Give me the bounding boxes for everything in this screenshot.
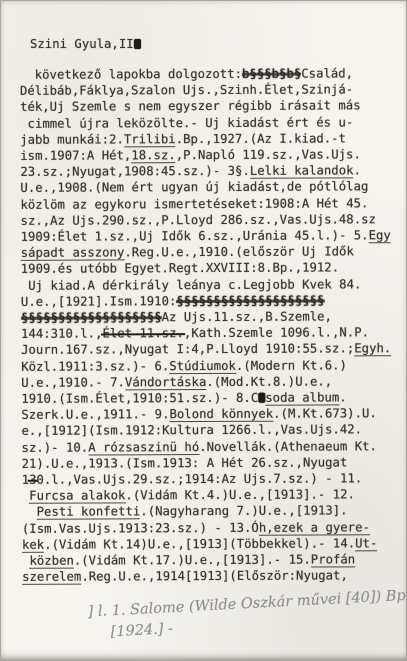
- underlined-title: Profán: [311, 552, 355, 567]
- underlined-title: Bolond könnyek: [169, 407, 273, 422]
- handwritten-note: ] l. 1. Salome (Wilde Oszkár művei [40])…: [87, 586, 407, 645]
- underlined-title: Pesti konfetti: [37, 505, 141, 520]
- typed-line: sápadt asszony.Reg.U.e.,1910.(először Uj…: [21, 243, 399, 261]
- scanned-bibliography-card: Szini Gyula,II következő lapokba dolgozo…: [0, 0, 407, 661]
- underlined-title: 18.sz.: [131, 148, 175, 163]
- typed-line: jabb munkái:2.Trilibi.Bp.,1927.(Az I.kia…: [20, 130, 398, 148]
- underlined-title: szerelem: [22, 570, 81, 585]
- typed-line: sz.,Az Ujs.290.sz.,P.Lloyd 286.sz.,Vas.U…: [21, 211, 399, 229]
- typed-line: ték,Uj Szemle s nem egyszer régibb irása…: [20, 98, 398, 116]
- typed-line: U.e.,1908.(Nem ért ugyan új kiadást,de p…: [20, 179, 398, 197]
- underlined-title: Vándortáska: [125, 375, 207, 390]
- underlined-title: Lelki kalandok: [250, 164, 354, 179]
- inked-out-blob: [134, 39, 141, 49]
- typed-line: Szerk.U.e.,1911.- 9.Bolond könnyek.(M.Kt…: [21, 405, 399, 423]
- typed-line: közben.(Vidám Kt.17.)U.e.,[1913].- 15.Pr…: [22, 551, 400, 569]
- underlined-title: Trilibi: [124, 132, 176, 147]
- underlined-title: sápadt asszony: [21, 246, 125, 261]
- struck-text: Élet 11.sz.: [102, 326, 183, 340]
- typed-line: 1909:Élet 1.sz.,Uj Idők 6.sz.,Uránia 45.…: [21, 227, 399, 245]
- typed-line: 1910.(Ism.Élet,1910:51.sz.)- 8.Csoda alb…: [21, 389, 399, 407]
- typed-line: 130.l.,Vas.Ujs.29.sz.;1914:Az Ujs.7.sz.)…: [22, 470, 400, 488]
- underlined-title: kek: [22, 538, 44, 553]
- typed-line: U.e.,1910.- 7.Vándortáska.(Mod.Kt.8.)U.e…: [21, 373, 399, 391]
- typed-line: Délibáb,Fáklya,Szalon Ujs.,Szinh.Élet,Sz…: [20, 81, 398, 99]
- struck-text: §§§§§§§§§§§§§§§§§§§: [21, 310, 162, 325]
- typed-line: Pesti konfetti.(Nagyharang 7.)U.e.,[1913…: [22, 503, 400, 521]
- typed-line: Uj kiad.A dérkirály leánya c.Legjobb Kve…: [21, 276, 399, 294]
- typed-line: (Ism.Vas.Ujs.1913:23.sz.) - 13.Óh,ezek a…: [22, 519, 400, 537]
- typed-line: Furcsa alakok.(Vidám Kt.4.)U.e.,[1913].-…: [22, 486, 400, 504]
- underlined-title: A rózsaszinü hó: [88, 440, 199, 455]
- typed-line: ism.1907:A Hét,18.sz.,P.Napló 119.sz.,Va…: [20, 146, 398, 164]
- underlined-title: Egyh.: [354, 342, 391, 357]
- typed-line: sz.)- 10.A rózsaszinü hó.Novellák.(Athen…: [21, 438, 399, 456]
- underlined-title: soda album: [265, 390, 339, 405]
- underlined-title: közben: [29, 554, 73, 569]
- struck-text: b§§§b§b§: [242, 67, 301, 81]
- typed-text-block: következő lapokba dolgozott:b§§§b§b§Csal…: [20, 65, 400, 585]
- typed-line: §§§§§§§§§§§§§§§§§§§Az Ujs.11.sz.,B.Szeml…: [21, 308, 399, 326]
- underlined-title: Ut-: [355, 536, 377, 551]
- underlined-title: Stúdiumok: [169, 359, 236, 374]
- typed-line: Journ.167.sz.,Nyugat I:4,P.Lloyd 1910:55…: [21, 341, 399, 359]
- underlined-title: Furcsa alakok: [29, 489, 125, 504]
- typed-line: következő lapokba dolgozott:b§§§b§b§Csal…: [20, 65, 398, 83]
- typed-line: cimmel újra leközölte.- Uj kiadást ért é…: [20, 114, 398, 132]
- typed-line: 144:310.l.,Élet 11.sz.,Kath.Szemle 1096.…: [21, 324, 399, 342]
- typed-line: kek.(Vidám Kt.14)U.e.,[1913](Többekkel).…: [22, 535, 400, 553]
- typed-line: 21).U.e.,1913.(Ism.1913: A Hét 26.sz.,Ny…: [22, 454, 400, 472]
- typed-line: Közl.1911:3.sz.)- 6.Stúdiumok.(Modern Kt…: [21, 357, 399, 375]
- card-heading: Szini Gyula,II: [30, 36, 141, 52]
- typed-line: közlöm az egykoru ismertetéseket:1908:A …: [20, 195, 398, 213]
- typed-line: 23.sz.;Nyugat,1908:45.sz.)- 3§.Lelki kal…: [20, 162, 398, 180]
- struck-text: §§§§§§§§§§§§§§§§§§§§: [176, 293, 324, 308]
- struck-text: 3: [29, 473, 36, 487]
- underlined-title: Egy: [369, 228, 391, 243]
- typed-line: U.e.,[1921].Ism.1910:§§§§§§§§§§§§§§§§§§§…: [21, 292, 399, 310]
- inked-out-blob: [258, 393, 265, 403]
- typed-line: 1909.és utóbb Egyet.Regt.XXVIII:8.Bp.,19…: [21, 260, 399, 278]
- underlined-title: h,ezek a gyere-: [259, 520, 370, 535]
- typed-line: szerelem.Reg.U.e.,1914[1913](Először:Nyu…: [22, 567, 400, 585]
- typed-line: e.,[1912](Ism.1912:Kultura 1266.l.,Vas.U…: [21, 422, 399, 440]
